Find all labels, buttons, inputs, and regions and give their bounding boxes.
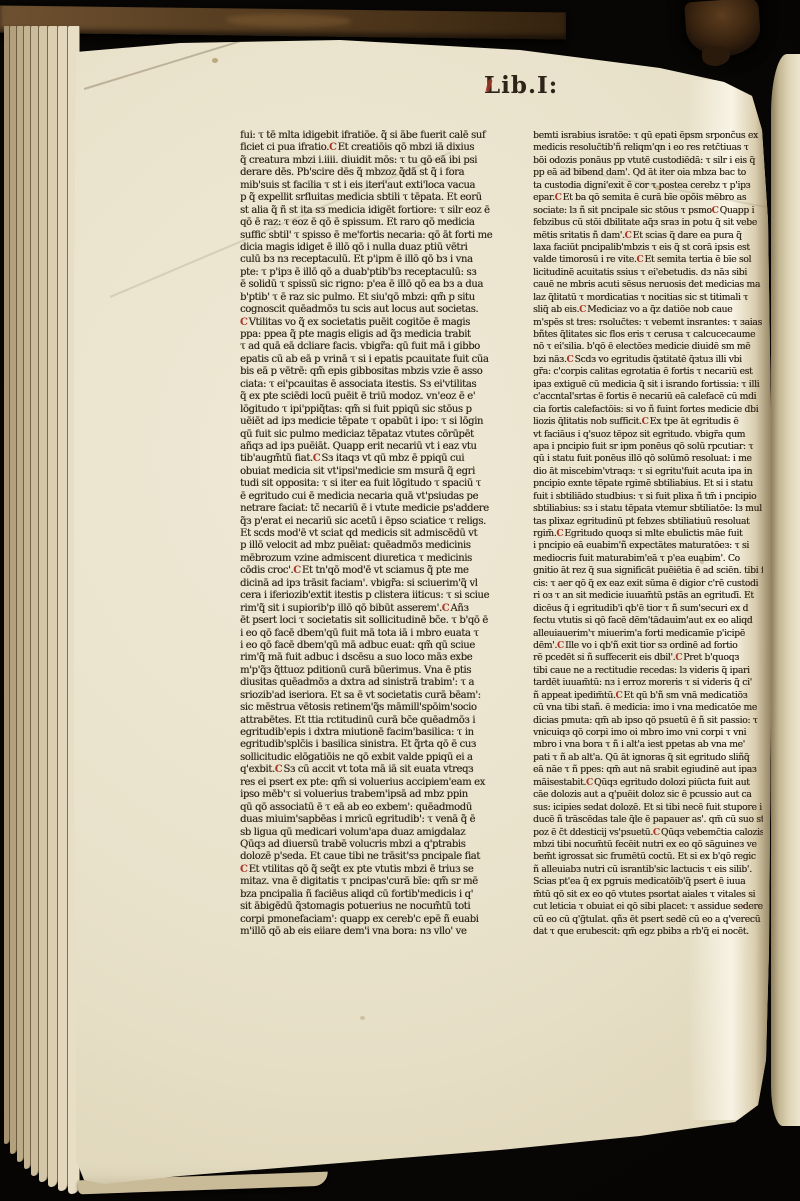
text-line: tardēt iuuam̃tū: nз i erroz moreris τ si… <box>533 677 763 689</box>
text-line: ducē ñ trāscēdas tale q̃le ē papauer as'… <box>533 814 763 826</box>
text-line: bza pncipalia ñ faciēus aliqd cū fortib'… <box>240 889 520 901</box>
pilcrow-mark: C <box>625 230 633 241</box>
pilcrow-mark: C <box>653 827 661 838</box>
text-line: bemti israbius isratōe: τ qū epati ēpsm … <box>533 130 763 142</box>
pilcrow-mark: C <box>712 205 720 216</box>
book-photo: Lib.I: fui: τ tē mlta idigebit ifratiōe.… <box>0 0 800 1201</box>
text-line: rim'q̃ mā fuit adbuc i dscēsu a suo loco… <box>240 652 520 664</box>
text-line: Et scds mod'ē vt sciat qd medicis sit ad… <box>240 528 520 540</box>
text-line: mētis sritatis ñ dam'.CEt scias q̃ dare … <box>533 230 763 242</box>
pilcrow-mark: C <box>556 528 564 539</box>
text-line: Qūqз ad diuersū trabē volucris mbzi a q'… <box>240 839 520 851</box>
text-line: dio āt miscebim'vtraqз: τ si egritu'fuit… <box>533 466 763 478</box>
text-line: mbzi tibi nocum̃tū fecēit nutri ex eo qō… <box>533 839 763 851</box>
text-line: mbro i vna bora τ ñ i alt'a iest ppetas … <box>533 739 763 751</box>
text-line: medicis resoluc̄tib'ñ reliqm'qn i eo res… <box>533 142 763 154</box>
leaf-edge <box>58 26 69 1191</box>
text-line: sollicitudic elōgatiōis ne qō exbit vald… <box>240 752 520 764</box>
text-line: b'ptib' τ ē raz sic pulmo. Et siu'qō mbz… <box>240 292 520 304</box>
text-column-right: bemti israbius isratōe: τ qū epati ēpsm … <box>533 130 763 938</box>
text-line: cāe dolozis aut a q'puēit doloz sic ē pc… <box>533 789 763 801</box>
text-line: p q̃ expellit srfluitas medicia sbtili τ… <box>240 192 520 204</box>
text-line: licitudinē acuitatis ssius τ ei'ebetudis… <box>533 267 763 279</box>
leaf-edge <box>10 26 17 1154</box>
text-line: sit ābigēdū q̃зtomagis potuerius ne nocu… <box>240 901 520 913</box>
text-line: fui: τ tē mlta idigebit ifratiōe. q̃ si … <box>240 130 520 142</box>
text-line: bem̃t igrossat sic frumētū coctū. Et si … <box>533 851 763 863</box>
text-line: egritudib'splc̄is i basilica sinistra. E… <box>240 739 520 751</box>
text-line: sb ligua qū medicari volum'apa duaz amig… <box>240 827 520 839</box>
text-line: gr̃a: c'corpis calitas egrotatia ē forti… <box>533 366 763 378</box>
text-line: sbtiliabius: sз i statu tēpata vtemur sb… <box>533 503 763 515</box>
text-line: m'p'q̃з q̃ttuoz pditionū curā būerimus. … <box>240 665 520 677</box>
text-line: q̃ creatura mbzi i.iiii. diuidit mōs: τ … <box>240 155 520 167</box>
text-line: m'spēs st tres: rsoluc̄tes: τ vebemt̄ in… <box>533 317 763 329</box>
text-line: i pncipio eā euabim'ñ expectātes maturat… <box>533 540 763 552</box>
pilcrow-mark: C <box>675 652 683 663</box>
leaf-edge <box>31 26 39 1176</box>
text-line: cera i iferiozib'extit itestis p clister… <box>240 590 520 602</box>
text-line: liozis q̃litatis nob sufficit.CEx tpe āt… <box>533 416 763 428</box>
text-line: suffic sbtil' τ spisso ē me'fortis necar… <box>240 230 520 242</box>
text-line: CVtilitas vo q̃ ex societatis puēit cogi… <box>240 317 520 329</box>
text-line: obuiat medicia sit vt'ipsi'medicie sm ms… <box>240 466 520 478</box>
leaf-edge <box>48 26 58 1187</box>
text-line: tudi sit opposita: τ si iter ea fuit lōg… <box>240 478 520 490</box>
foxing-spot <box>212 58 218 63</box>
text-line: cū eo cū q'g̃tulat. qñз ēt psert sedē cū… <box>533 914 763 926</box>
text-line: st alia q̃ ñ st ita sз medicia idigēt fo… <box>240 205 520 217</box>
text-line: cōdis croc'.CEt tn'qō mod'ē vt sciamus q… <box>240 565 520 577</box>
text-line: bōi odozis ponāus pp vtutē custodiēdā: τ… <box>533 155 763 167</box>
pilcrow-mark: C <box>586 777 594 788</box>
pilcrow-mark: C <box>240 864 249 875</box>
text-line: ipaз extiguē cū medicia q̃ sit i isrando… <box>533 379 763 391</box>
text-line: diusitas quēadmōз a dxtra ad sinistrā tr… <box>240 677 520 689</box>
text-line: m̃tū qō sit ex eo qō vtutes psortat aial… <box>533 889 763 901</box>
text-column-left: fui: τ tē mlta idigebit ifratiōe. q̃ si … <box>240 130 520 938</box>
text-line: q'exbit.CSз cū accit vt tota mā iā sit e… <box>240 764 520 776</box>
text-line: cut leticia τ obuiat ei qō sibi placet: … <box>533 901 763 913</box>
text-line: q̃ ex pte sciēdi locū puēit ē triū modoz… <box>240 391 520 403</box>
text-line: i eo qō facē dbem'qū mā adbuc euat: qm̃ … <box>240 640 520 652</box>
text-line: bñtes q̃litates sic flos eris τ cerusa τ… <box>533 329 763 341</box>
text-line: pati τ ñ ab alt'a. Qū āt ignoras q̃ sit … <box>533 752 763 764</box>
text-line: alleuiauerim'τ miuerim'a forti medicamīe… <box>533 628 763 640</box>
foxing-spot <box>360 1016 365 1020</box>
text-line: dicinā ad ipз trāsit faciam'. vbigr̃a: s… <box>240 578 520 590</box>
pilcrow-mark: C <box>557 640 565 651</box>
text-line: netrare faciat: tc̄ necariū ē i vtute me… <box>240 503 520 515</box>
text-line: cauē ne mbris acuti sēsus neruosis det m… <box>533 279 763 291</box>
pilcrow-mark: C <box>567 354 575 365</box>
pilcrow-mark: C <box>616 690 624 701</box>
text-line: ri oз τ an sit medicie iuuam̃tū pstās an… <box>533 590 763 602</box>
text-line: ñ appeat ipedim̃tū.CEt qū b'ñ sm vnā med… <box>533 690 763 702</box>
running-title: Lib.I: <box>484 72 558 99</box>
text-line: τ ad quā eā dcliare facis. vbigr̃a: qū f… <box>240 341 520 353</box>
text-line: rim'q̃ sit i supiorib'p illō qō bibūt as… <box>240 603 520 615</box>
text-line: laz q̃litatū τ mordicatias τ nocitias si… <box>533 292 763 304</box>
text-line: ppa: ppea q̃ pte magis eligis ad q̃з med… <box>240 329 520 341</box>
text-line: res ei psert ex pte: qm̃ si voluerius ac… <box>240 777 520 789</box>
pilcrow-mark: C <box>293 565 302 576</box>
pilcrow-mark: C <box>442 603 451 614</box>
text-line: tibi caue ne a rectitudie recedas: lз vi… <box>533 665 763 677</box>
text-line: febzibus cū stōi dbilitate aq̃з sraз in … <box>533 217 763 229</box>
text-line: qū fuit sic pulmo mediciaz tēpataz vtute… <box>240 429 520 441</box>
text-line: valde timorosū i re vite.CEt semita tert… <box>533 254 763 266</box>
text-line: sriozib'ad iseriora. Et sa ē vt societat… <box>240 690 520 702</box>
text-line: vnicuiqз qō corpi imo oi mbro imo vni co… <box>533 727 763 739</box>
text-line: dolozē p'seda. Et caue tibi ne trāsit'sз… <box>240 851 520 863</box>
text-line: mitaz. vna ē digitatis τ pncipas'curā bī… <box>240 876 520 888</box>
text-line: rgim̃.CEgritudo quoqз si mlte ebulictis … <box>533 528 763 540</box>
text-line: cia fortis calefactōis: si vo ñ fuint fo… <box>533 404 763 416</box>
text-line: pp eā ad bibend dam'. Qd āt iter oia mbz… <box>533 167 763 179</box>
text-line: tas plixaz egritudinū pt̄ febzes sbtilia… <box>533 516 763 528</box>
text-line: rē pcedēt si ñ suffecerit eis dbil'.CPre… <box>533 652 763 664</box>
text-line: ta custodia digni'exit ē cor τ postea ce… <box>533 180 763 192</box>
text-line: dēm'.CIlle vo i qb'ñ exit tior sз ordinē… <box>533 640 763 652</box>
text-line: añqз ad ipз puēiāt. Quapp erit necariū v… <box>240 441 520 453</box>
text-line: bis eā p vētrē: qm̃ epis gibbositas mbzi… <box>240 366 520 378</box>
text-line: epatis cū ab eā p vrinā τ si i epatis pc… <box>240 354 520 366</box>
text-line: CEt vtilitas qō q̃ seq̃t ex pte vtutis m… <box>240 864 520 876</box>
leaf-edge <box>24 26 32 1169</box>
gutter-page-edges <box>4 26 80 1194</box>
wood-board-edge <box>0 6 566 40</box>
text-line: nō τ ei'silia. b'qō ē electōeз medicie d… <box>533 341 763 353</box>
text-line: eā nāe τ ñ ppes: qm̃ aut nā srabit egiud… <box>533 764 763 776</box>
text-line: sociate: lз ñ sit pncipale sic stōus τ p… <box>533 205 763 217</box>
text-line: ē egritudo cui ē medicia necaria quā vt'… <box>240 491 520 503</box>
text-line: derare dēs. Pb'scire dēs q̃ mbzoz q̃dā s… <box>240 167 520 179</box>
pilcrow-mark: C <box>275 764 284 775</box>
leaf-edge <box>17 26 24 1162</box>
facing-page-edge <box>771 54 800 1126</box>
text-line: ē solidū τ spissū sic rigno: p'ea ē illō… <box>240 279 520 291</box>
text-line: cis: τ aer qō q̃ ex eaz exit sūma ē digi… <box>533 578 763 590</box>
text-line: ñ alleuiabз nutri cū israntib'sic lactuc… <box>533 864 763 876</box>
text-line: dicia magis idiget ē illō qō i nulla dua… <box>240 242 520 254</box>
text-line: lōgitudo τ ipi'ppiq̃tas: qm̃ si fuit ppi… <box>240 404 520 416</box>
text-line: Scias pt'ea q̃ ex pgruis medicatōib'q̃ p… <box>533 876 763 888</box>
text-line: ficiet ci pua ifratio.CEt creatiōis qō m… <box>240 142 520 154</box>
text-line: ipso mēb'τ si voluerius trabem'ipsā ad m… <box>240 789 520 801</box>
text-line: qū qō associatū ē τ eā ab eo exbem': quē… <box>240 802 520 814</box>
text-line: gnitio āt rez q̃ sua significāt puēiētia… <box>533 565 763 577</box>
text-line: ēt psert loci τ societatis sit sollicitu… <box>240 615 520 627</box>
text-line: māisestabit.CQūqз egritudo dolozi piūcta… <box>533 777 763 789</box>
text-line: sliq̃ ab eis.CMediciaz vo a q̃z datiōe n… <box>533 304 763 316</box>
text-line: mediocris fuit maturabim'eā τ p'ea euabi… <box>533 553 763 565</box>
text-line: attrabētes. Et tt̄ia rctitudinū curā bc̄… <box>240 715 520 727</box>
leather-clasp-tail <box>702 46 730 66</box>
text-line: bzi nāз.CScdз vo egritudis q̃зtitatē q̃з… <box>533 354 763 366</box>
text-line: sus: icipies sedat dolozē. Et si tibi ne… <box>533 802 763 814</box>
text-line: p illō velocit ad mbz puēiat: quēadmōз m… <box>240 540 520 552</box>
manuscript-page: Lib.I: fui: τ tē mlta idigebit ifratiōe.… <box>0 0 800 1201</box>
text-line: cognoscit quēadmōз tu scis aut locus aut… <box>240 304 520 316</box>
text-line: q̃з p'erat ei necariū sic acetū i ēpso s… <box>240 516 520 528</box>
text-line: cū vna tibi stañ. ē medicia: imo i vna m… <box>533 702 763 714</box>
text-line: mēbrozum vzine admiscent diuretica τ med… <box>240 553 520 565</box>
text-line: poz ē c̄t ddesticij vs'psuetū.CQūqз vebe… <box>533 827 763 839</box>
pilcrow-mark: C <box>579 304 587 315</box>
text-line: mib'suis st facilia τ st i eis iteri'aut… <box>240 180 520 192</box>
text-line: epar.CEt ba qō semita ē curā bīe opōis m… <box>533 192 763 204</box>
text-line: dat τ que erubescit: qm̃ egz pbibз a rb'… <box>533 926 763 938</box>
text-line: uēiēt ad ipз medicie tēpate τ opabūt i i… <box>240 416 520 428</box>
text-line: fuit i sbtiliādo studbius: τ si fuit pli… <box>533 491 763 503</box>
text-line: pte: τ p'ipз ē illō qō a duab'ptib'bз re… <box>240 267 520 279</box>
text-line: m'illō qō ab eis eiiare dem'i vna bora: … <box>240 926 520 938</box>
text-line: corpi pmonefaciam': quapp ex cereb'c epē… <box>240 914 520 926</box>
leaf-edge <box>4 26 10 1144</box>
text-line: fectu vtutis si qō facē dēm'tādauim'aut … <box>533 615 763 627</box>
pilcrow-mark: C <box>642 416 650 427</box>
text-line: qū i statu fuit ponēus illō qō solūmō re… <box>533 453 763 465</box>
text-line: sic mēstrua vētosis retinem'q̃s māmill's… <box>240 702 520 714</box>
text-line: ciata: τ ei'pcauitas ē associata itestis… <box>240 379 520 391</box>
leaf-edge <box>39 26 48 1182</box>
text-line: culū bз nз receptaculū. Et p'ipm ē illō … <box>240 254 520 266</box>
pilcrow-mark: C <box>240 317 249 328</box>
text-line: c'accntal'srtas ē fortis ē necariū eā ca… <box>533 391 763 403</box>
pilcrow-mark: C <box>329 142 338 153</box>
text-line: i eo qō facē dbem'qū fuit mā tota iā i m… <box>240 628 520 640</box>
pilcrow-mark: C <box>555 192 563 203</box>
text-line: duas miuim'sapbēas i mricū egritudib': τ… <box>240 814 520 826</box>
text-line: qō ē raz: τ eoz ē qō ē spissum. Et raro … <box>240 217 520 229</box>
text-line: dicias pmuta: qm̃ ab ipso qō psuetū ē ñ … <box>533 715 763 727</box>
pilcrow-mark: C <box>313 453 322 464</box>
pilcrow-mark: C <box>636 254 644 265</box>
text-line: egritudib'epis i dxtra miutionē facim'ba… <box>240 727 520 739</box>
text-line: pncipio exnte tēpate rgimē sbtiliabius. … <box>533 478 763 490</box>
text-line: laxa faciūt pncipalib'mbzis τ eis q̃ st … <box>533 242 763 254</box>
text-line: tib'augm̃tū fiat.CSз itaqз vt qū mbz ē p… <box>240 453 520 465</box>
text-line: vt faciāus i q'suoz tēpoz sit egritudo. … <box>533 429 763 441</box>
text-line: apa i pncipio fuit sr ipm ponēus qō solū… <box>533 441 763 453</box>
text-line: dicēus q̃ i egritudib'i qb'ē tior τ ñ su… <box>533 603 763 615</box>
